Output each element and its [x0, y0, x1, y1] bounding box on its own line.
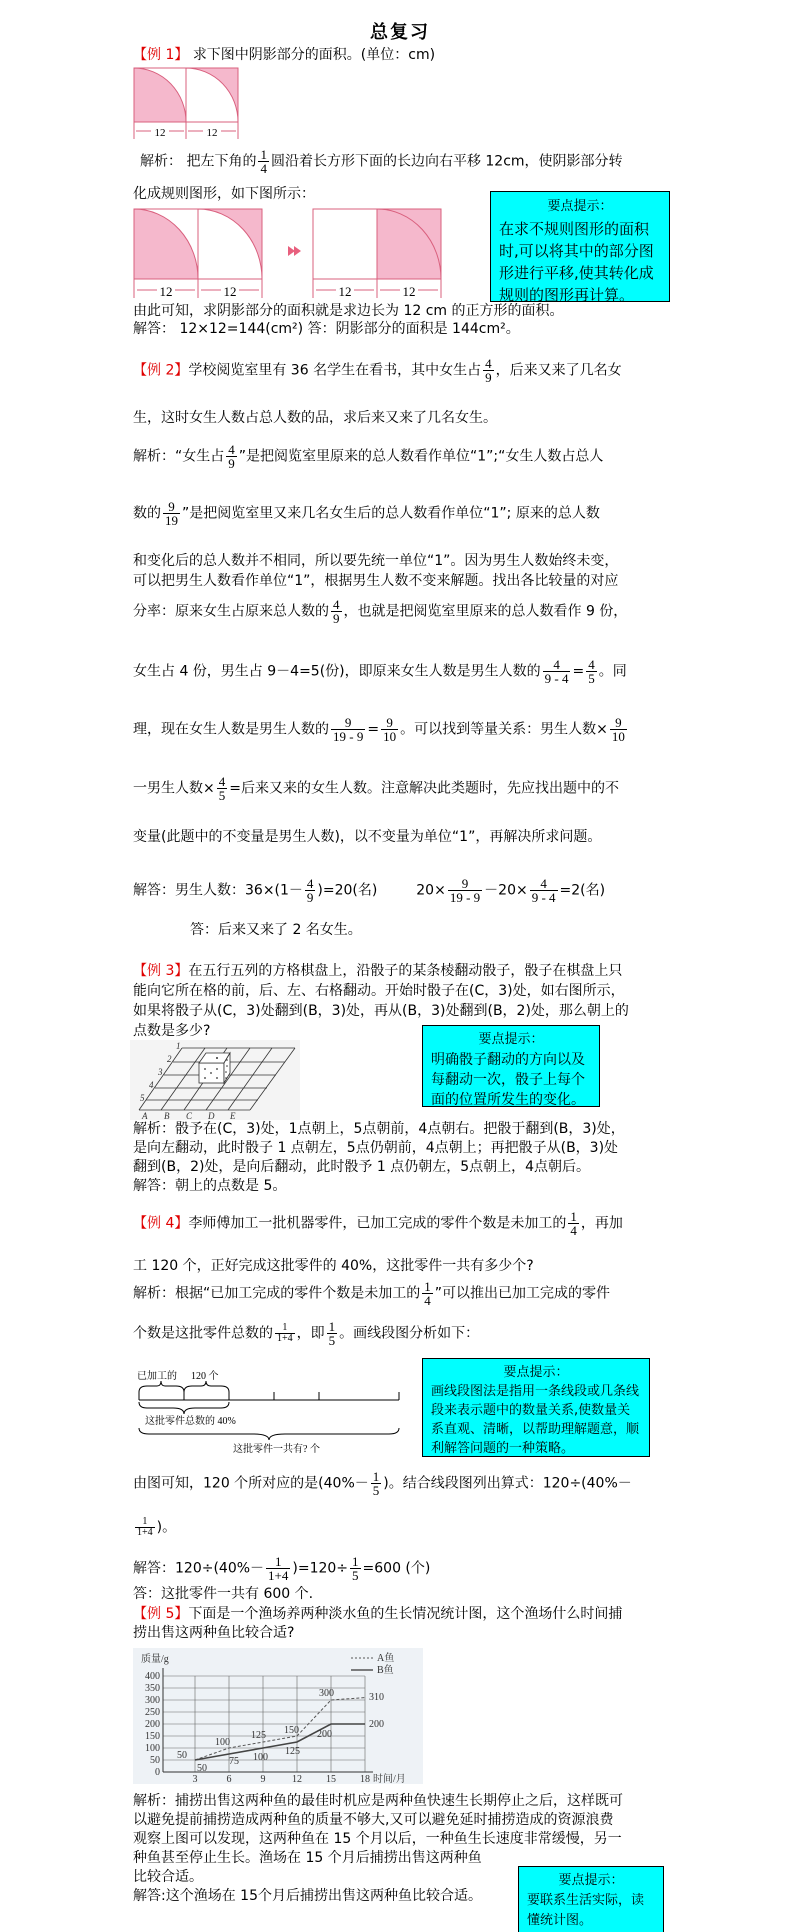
ex2-answer: 解答：男生人数：36×(1－49)=20(名) 20×919 - 9－20×49… — [133, 877, 605, 904]
ex4-answer: 解答：120÷(40%－11+4)=120÷15=600 (个) — [133, 1555, 430, 1582]
tip-box-4: 要点提示： 画线段图法是指用一条线段或几条线段来表示题中的数量关系,使数量关系直… — [422, 1358, 650, 1457]
svg-text:6: 6 — [227, 1774, 232, 1784]
ex3-question-line2: 能向它所在格的前，后、左、右格翻动。开始时骰子在(C，3)处，如右图所示， — [133, 982, 625, 1000]
svg-text:0: 0 — [155, 1767, 160, 1778]
ex4-analysis-3: 由图可知，120 个所对应的是(40%－15)。结合线段图列出算式：120÷(4… — [133, 1470, 632, 1497]
svg-text:A: A — [141, 1111, 148, 1120]
svg-text:200: 200 — [317, 1729, 332, 1740]
ex5-label: 【例 5】 — [133, 1606, 188, 1622]
svg-text:350: 350 — [145, 1683, 160, 1694]
svg-text:A鱼: A鱼 — [377, 1651, 394, 1664]
tip-box-3: 要点提示： 明确骰子翻动的方向以及每翻动一次，骰子上每个面的位置所发生的变化。 — [422, 1025, 600, 1107]
svg-text:100: 100 — [145, 1743, 160, 1754]
y-axis-label: 质量/g — [141, 1652, 169, 1665]
svg-text:200: 200 — [145, 1719, 160, 1730]
svg-text:120 个: 120 个 — [191, 1370, 219, 1382]
ex3-analysis-1: 解析：骰予在(C，3)处，1点朝上，5点朝前，4点朝右。把骰于翻到(B，3)处， — [133, 1120, 625, 1138]
dim-label: 12 — [155, 127, 166, 139]
ex3-answer: 解答：朝上的点数是 5。 — [133, 1177, 286, 1195]
ex5-analysis-5: 比较合适。 — [133, 1868, 203, 1886]
svg-text:3: 3 — [193, 1774, 198, 1784]
svg-text:400: 400 — [145, 1671, 160, 1682]
ex3-question-line1: 【例 3】在五行五列的方格棋盘上，沿骰子的某条棱翻动骰子，骰子在棋盘上只 — [133, 962, 622, 980]
ex2-analysis-3: 和变化后的总人数并不相同，所以要先统一单位“1”。因为男生人数始终未变， — [133, 552, 618, 570]
svg-text:9: 9 — [261, 1774, 266, 1784]
ex2-analysis-5: 分率：原来女生占原来总人数的49，也就是把阅览室里原来的总人数看作 9 份， — [133, 598, 627, 625]
ex4-final-answer: 答：这批零件一共有 600 个. — [133, 1585, 313, 1603]
ex3-analysis-2: 是向左翻动，此时骰子 1 点朝左，5点仍朝前，4点朝上；再把骰子从(B，3)处 — [133, 1139, 618, 1157]
svg-text:12: 12 — [292, 1774, 302, 1784]
svg-text:100: 100 — [253, 1752, 268, 1763]
svg-text:125: 125 — [251, 1730, 266, 1741]
svg-text:100: 100 — [215, 1737, 230, 1748]
ex2-analysis-6: 女生占 4 份，男生占 9－4=5(份)，即原来女生人数是男生人数的49 - 4… — [133, 658, 627, 685]
ex1-analysis-line1: 解析： 把左下角的14圆沿着长方形下面的长边向右平移 12cm，使阴影部分转 — [140, 148, 623, 175]
svg-text:这批零件总数的 40%: 这批零件总数的 40% — [145, 1414, 236, 1427]
svg-text:300: 300 — [145, 1695, 160, 1706]
ex4-label: 【例 4】 — [133, 1216, 188, 1232]
svg-text:50: 50 — [150, 1755, 160, 1766]
ex1-conclusion: 由此可知，求阴影部分的面积就是求边长为 12 cm 的正方形的面积。 — [133, 302, 564, 320]
svg-text:4: 4 — [149, 1080, 154, 1090]
double-arrow-icon — [288, 246, 301, 256]
svg-text:12: 12 — [403, 284, 416, 299]
ex3-label: 【例 3】 — [133, 963, 188, 979]
ex2-analysis-8: 一男生人数×45=后来又来的女生人数。注意解决此类题时，先应找出题中的不 — [133, 775, 619, 802]
ex1-answer: 解答： 12×12=144(cm²) 答：阴影部分的面积是 144cm²。 — [133, 320, 520, 338]
svg-text:75: 75 — [229, 1756, 239, 1767]
ex2-analysis-9: 变量(此题中的不变量是男生人数)，以不变量为单位“1”，再解决所求问题。 — [133, 828, 601, 846]
dim-label: 12 — [207, 127, 218, 139]
ex3-analysis-3: 翻到(B，2)处，是向后翻动，此时骰予 1 点仍朝左，5点朝上，4点朝后。 — [133, 1158, 590, 1176]
ex2-question-line2: 生，这时女生人数占总人数的品，求后来又来了几名女生。 — [133, 409, 497, 427]
ex1-question: 【例 1】 求下图中阴影部分的面积。(单位：cm) — [133, 46, 435, 64]
ex3-question-line4: 点数是多少? — [133, 1022, 210, 1040]
ex4-question-line2: 工 120 个，正好完成这批零件的 40%，这批零件一共有多少个? — [133, 1257, 534, 1275]
x-axis-label: 时间/月 — [373, 1772, 406, 1784]
ex5-analysis-1: 解析：捕捞出售这两种鱼的最佳时机应是两种鱼快速生长期停止之后，这样既可 — [133, 1792, 623, 1810]
fish-growth-line-chart: 质量/g A鱼 B鱼 0 50 100 150 200 250 300 350 … — [133, 1648, 423, 1784]
svg-text:50: 50 — [197, 1763, 207, 1774]
svg-text:1: 1 — [176, 1041, 181, 1051]
ex5-question-line1: 【例 5】下面是一个渔场养两种淡水鱼的生长情况统计图，这个渔场什么时间捕 — [133, 1605, 622, 1623]
ex5-analysis-2: 以避免提前捕捞造成两种鱼的质量不够大,又可以避免延时捕捞造成的资源浪费 — [133, 1811, 613, 1829]
svg-text:200: 200 — [369, 1719, 384, 1730]
svg-text:12: 12 — [339, 284, 352, 299]
svg-text:125: 125 — [285, 1746, 300, 1757]
line-segment-diagram: 已加工的 120 个 这批零件总数的 40% 这批零件一共有? 个 — [133, 1370, 403, 1460]
svg-text:12: 12 — [224, 284, 237, 299]
ex2-analysis-2: 数的919”是把阅览室里又来几名女生后的总人数看作单位“1”; 原来的总人数 — [133, 500, 600, 527]
ex3-question-line3: 如果将骰子从(C，3)处翻到(B，3)处，再从(B，3)处翻到(B，2)处，那么… — [133, 1002, 629, 1020]
ex1-figure: 12 12 — [133, 67, 243, 140]
svg-text:15: 15 — [326, 1774, 336, 1784]
ex1-analysis-line2: 化成规则图形，如下图所示： — [133, 185, 315, 203]
ex5-answer: 解答:这个渔场在 15个月后捕捞出售这两种鱼比较合适。 — [133, 1887, 482, 1905]
svg-text:250: 250 — [145, 1707, 160, 1718]
fraction: 14 — [258, 148, 269, 175]
svg-text:150: 150 — [284, 1725, 299, 1736]
dice-icon — [199, 1053, 230, 1083]
ex2-analysis-1: 解析：“女生占49”是把阅览室里原来的总人数看作单位“1”;“女生人数占总人 — [133, 443, 603, 470]
ex4-analysis-1: 解析：根据“已加工完成的零件个数是未加工的14”可以推出已加工完成的零件 — [133, 1280, 610, 1307]
svg-text:310: 310 — [369, 1692, 384, 1703]
ex1-translation-figure: 12 12 12 12 — [133, 208, 473, 300]
svg-text:300: 300 — [319, 1688, 334, 1699]
ex4-question-line1: 【例 4】李师傅加工一批机器零件，已加工完成的零件个数是未加工的14，再加 — [133, 1210, 623, 1237]
svg-text:E: E — [229, 1111, 236, 1120]
tip-box-1: 要点提示： 在求不规则图形的面积时,可以将其中的部分图形进行平移,使其转化成规则… — [490, 191, 670, 302]
ex1-label: 【例 1】 — [133, 47, 188, 63]
page-title: 总复习 — [0, 18, 800, 44]
svg-text:B鱼: B鱼 — [377, 1663, 394, 1676]
ex2-question-line1: 【例 2】学校阅览室里有 36 名学生在看书，其中女生占49，后来又来了几名女 — [133, 357, 622, 384]
svg-text:B: B — [164, 1111, 170, 1120]
svg-text:这批零件一共有? 个: 这批零件一共有? 个 — [233, 1442, 320, 1455]
svg-text:已加工的: 已加工的 — [137, 1370, 177, 1382]
ex2-analysis-7: 理，现在女生人数是男生人数的919 - 9=910。可以找到等量关系：男生人数×… — [133, 716, 629, 743]
ex5-analysis-3: 观察上图可以发现，这两种鱼在 15 个月以后，一种鱼生长速度非常缓慢，另一 — [133, 1830, 622, 1848]
ex4-analysis-2: 个数是这批零件总数的11+4，即15。画线段图分析如下： — [133, 1320, 479, 1347]
svg-text:12: 12 — [160, 284, 173, 299]
svg-text:3: 3 — [157, 1067, 163, 1077]
svg-text:C: C — [186, 1111, 193, 1120]
ex2-final-answer: 答：后来又来了 2 名女生。 — [190, 921, 362, 939]
ex5-question-line2: 捞出售这两种鱼比较合适? — [133, 1624, 294, 1642]
svg-text:150: 150 — [145, 1731, 160, 1742]
svg-text:2: 2 — [167, 1054, 172, 1064]
ex5-analysis-4: 种鱼甚至停止生长。渔场在 15 个月后捕捞出售这两种鱼 — [133, 1849, 482, 1867]
ex2-analysis-4: 可以把男生人数看作单位“1”，根据男生人数不变来解题。找出各比较量的对应 — [133, 572, 618, 590]
dice-board-figure: 1 2 3 4 5 A B C D E — [130, 1040, 300, 1120]
svg-text:5: 5 — [140, 1093, 145, 1103]
svg-text:D: D — [207, 1111, 215, 1120]
tip-box-5: 要点提示： 要联系生活实际，读懂统计图。 — [518, 1866, 664, 1932]
svg-text:18: 18 — [360, 1774, 370, 1784]
ex2-label: 【例 2】 — [133, 363, 188, 379]
svg-text:50: 50 — [177, 1750, 187, 1761]
ex4-analysis-4: 11+4)。 — [133, 1517, 176, 1538]
